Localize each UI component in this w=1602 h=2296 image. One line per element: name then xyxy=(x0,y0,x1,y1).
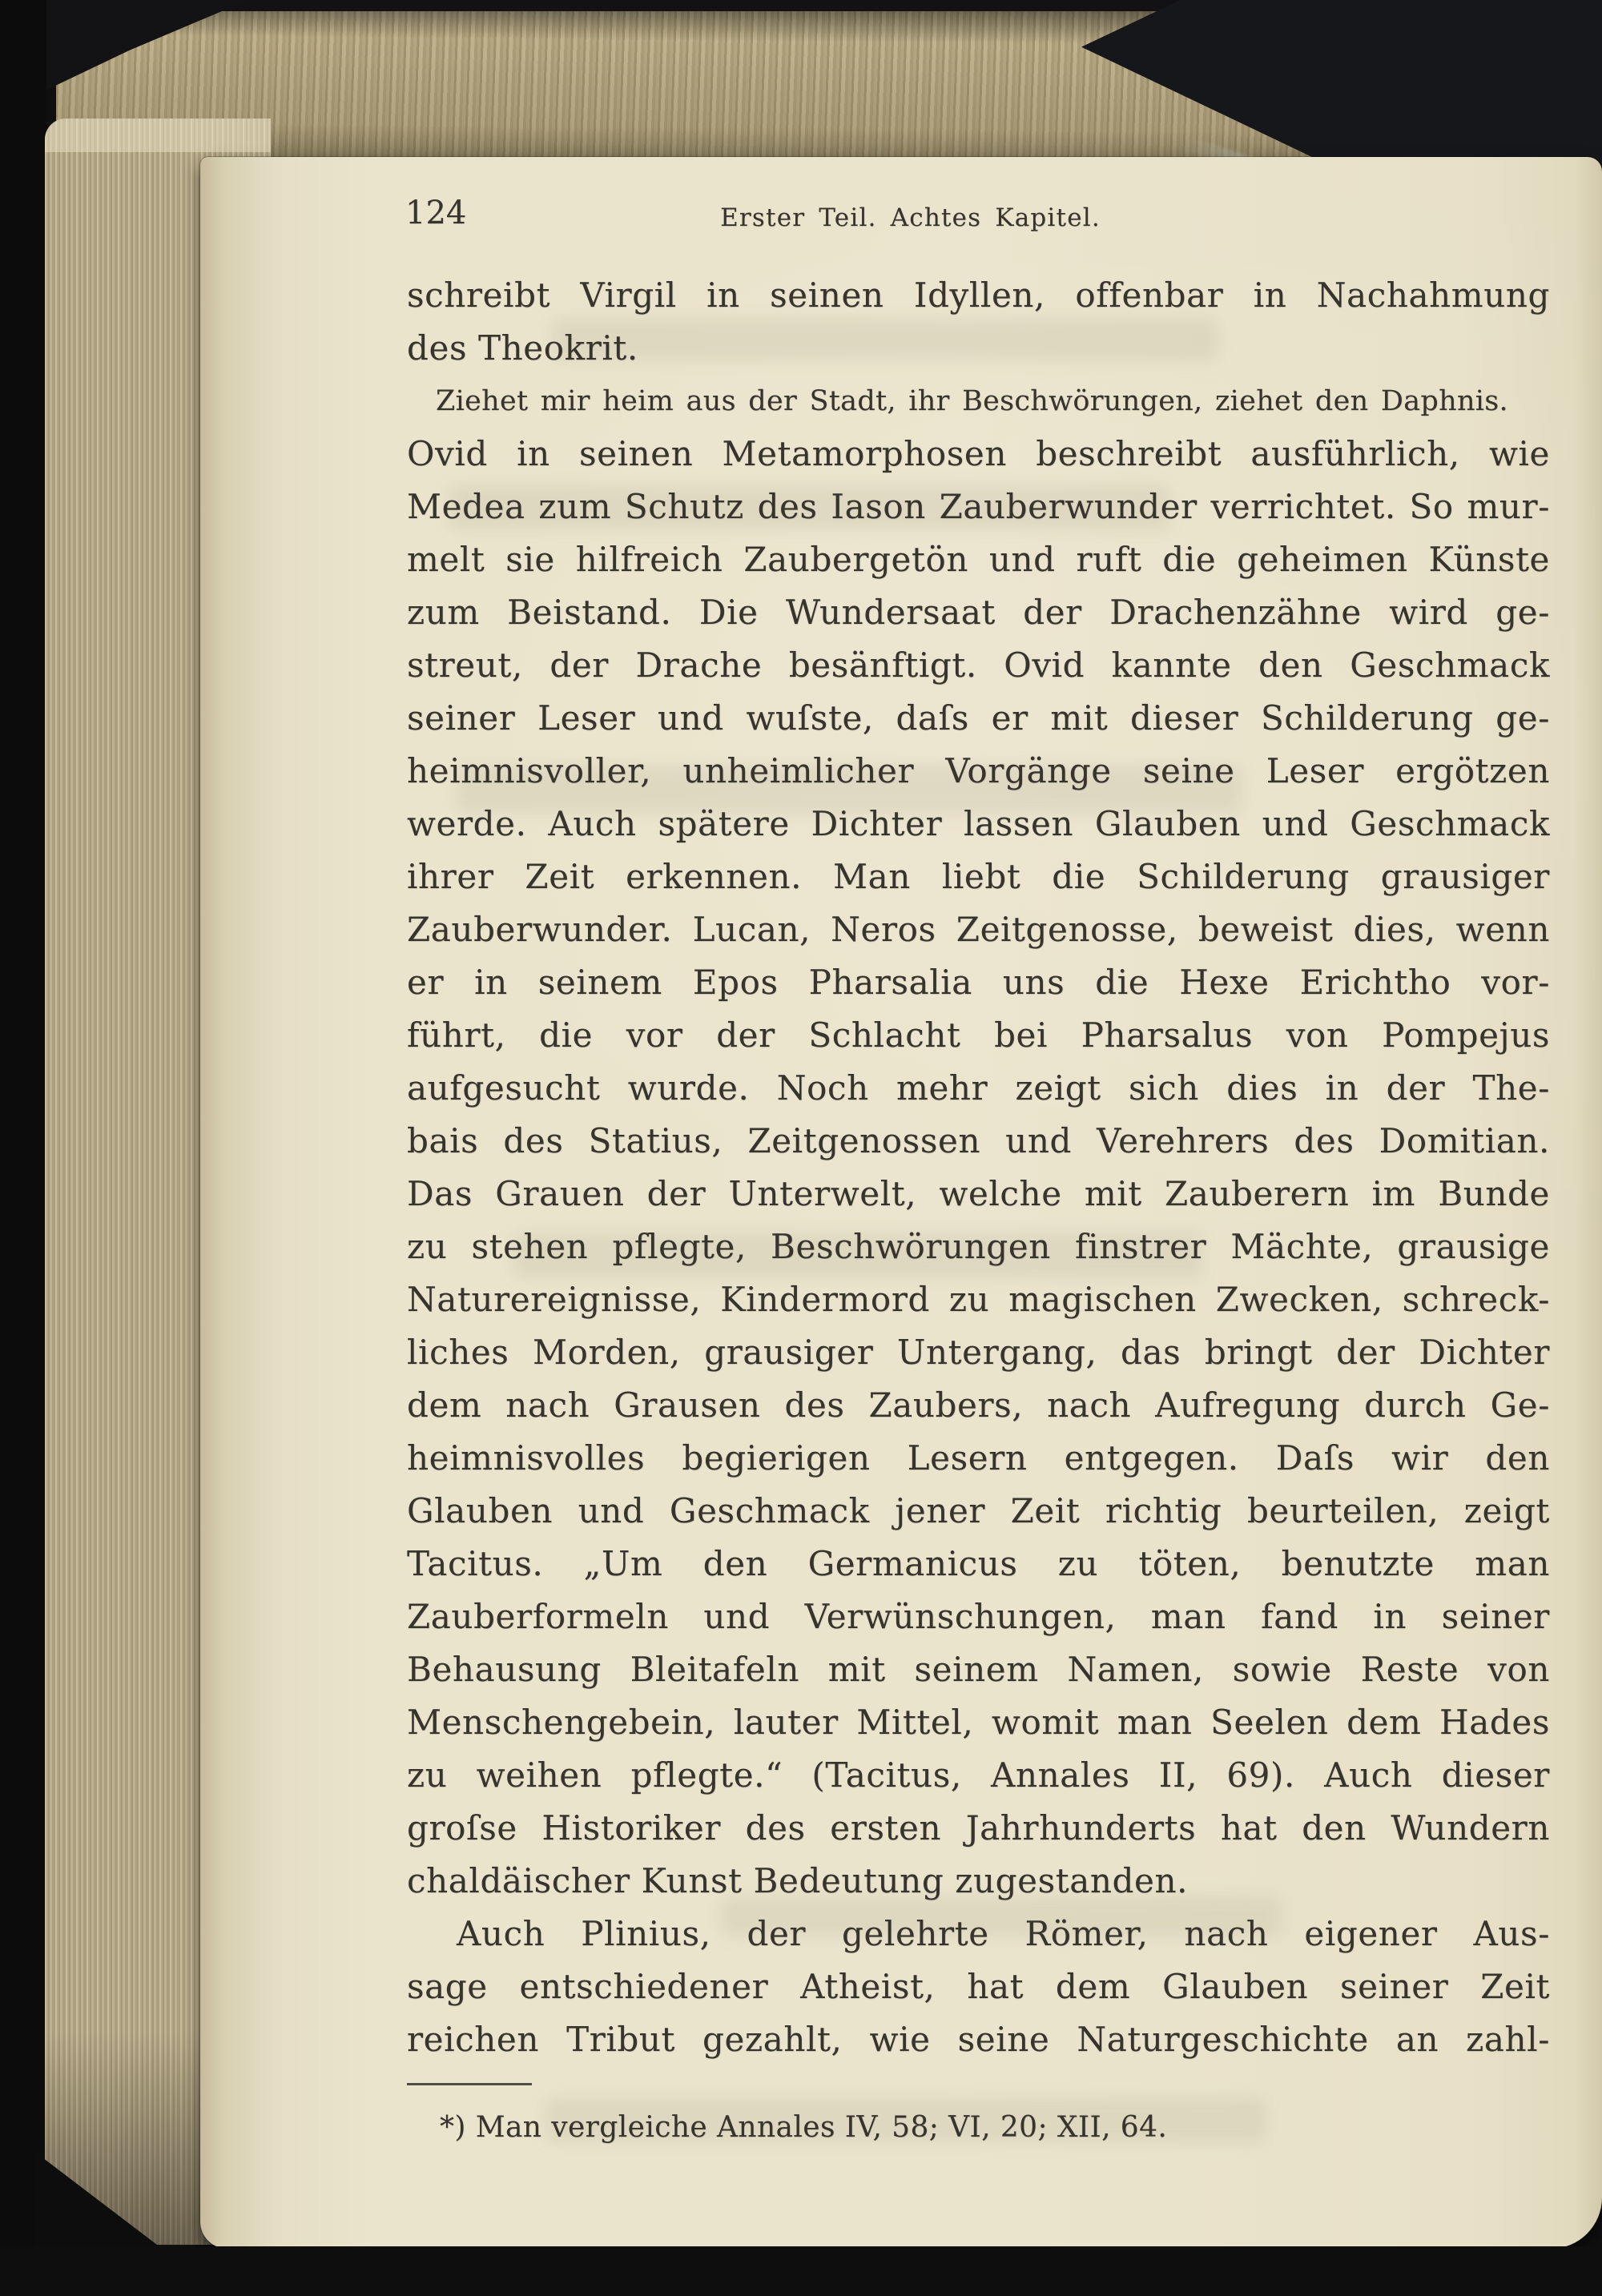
text-line: chaldäischer Kunst Bedeutung zugestanden… xyxy=(407,1855,1550,1908)
text-line: dem nach Grausen des Zaubers, nach Aufre… xyxy=(407,1379,1550,1432)
text-line: aufgesucht wurde. Noch mehr zeigt sich d… xyxy=(407,1062,1550,1115)
text-line: streut, der Drache besänftigt. Ovid kann… xyxy=(407,639,1550,692)
text-line: des Theokrit. xyxy=(407,322,1550,375)
text-line: Glauben und Geschmack jener Zeit richtig… xyxy=(407,1485,1550,1538)
text-line: schreibt Virgil in seinen Idyllen, offen… xyxy=(407,269,1550,322)
text-line: heimnisvolles begierigen Lesern entgegen… xyxy=(407,1432,1550,1485)
text-line: ihrer Zeit erkennen. Man liebt die Schil… xyxy=(407,850,1550,903)
text-line: liches Morden, grausiger Untergang, das … xyxy=(407,1326,1550,1379)
body-text: schreibt Virgil in seinen Idyllen, offen… xyxy=(407,269,1550,2066)
text-line: Medea zum Schutz des Iason Zauberwunder … xyxy=(407,481,1550,533)
text-line: Das Grauen der Unterwelt, welche mit Zau… xyxy=(407,1168,1550,1220)
text-line: Ziehet mir heim aus der Stadt, ihr Besch… xyxy=(407,375,1550,428)
text-line: Auch Plinius, der gelehrte Römer, nach e… xyxy=(407,1908,1550,1960)
text-line: Tacitus. „Um den Germanicus zu töten, be… xyxy=(407,1538,1550,1590)
text-line: Ovid in seinen Metamorphosen beschreibt … xyxy=(407,428,1550,481)
text-line: Zauberformeln und Verwünschungen, man fa… xyxy=(407,1590,1550,1643)
text-line: groſse Historiker des ersten Jahrhundert… xyxy=(407,1802,1550,1855)
footnote-rule xyxy=(407,2083,532,2085)
text-line: heimnisvoller, unheimlicher Vorgänge sei… xyxy=(407,745,1550,798)
text-line: Zauberwunder. Lucan, Neros Zeitgenosse, … xyxy=(407,903,1550,956)
book-photo: 124 Erster Teil. Achtes Kapitel. schreib… xyxy=(0,0,1602,2296)
book-spine-shadow xyxy=(0,0,46,2296)
text-line: führt, die vor der Schlacht bei Pharsalu… xyxy=(407,1009,1550,1062)
text-line: reichen Tribut gezahlt, wie seine Naturg… xyxy=(407,2013,1550,2066)
footnote-text: *) Man vergleiche Annales IV, 58; VI, 20… xyxy=(440,2111,1167,2144)
text-line: zum Beistand. Die Wundersaat der Drachen… xyxy=(407,586,1550,639)
text-line: sage entschiedener Atheist, hat dem Glau… xyxy=(407,1960,1550,2013)
text-line: Menschengebein, lauter Mittel, womit man… xyxy=(407,1696,1550,1749)
text-line: Behausung Bleitafeln mit seinem Namen, s… xyxy=(407,1643,1550,1696)
text-line: zu weihen pflegte.“ (Tacitus, Annales II… xyxy=(407,1749,1550,1802)
text-line: seiner Leser und wuſste, daſs er mit die… xyxy=(407,692,1550,745)
text-line: Naturereignisse, Kindermord zu magischen… xyxy=(407,1273,1550,1326)
book-cover-bottom-strip xyxy=(0,2246,1602,2296)
running-header: Erster Teil. Achtes Kapitel. xyxy=(407,203,1550,232)
text-line: werde. Auch spätere Dichter lassen Glaub… xyxy=(407,798,1550,850)
text-line: zu stehen pflegte, Beschwörungen finstre… xyxy=(407,1220,1550,1273)
text-line: er in seinem Epos Pharsalia uns die Hexe… xyxy=(407,956,1550,1009)
text-line: bais des Statius, Zeitgenossen und Vereh… xyxy=(407,1115,1550,1168)
text-line: melt sie hilfreich Zaubergetön und ruft … xyxy=(407,533,1550,586)
